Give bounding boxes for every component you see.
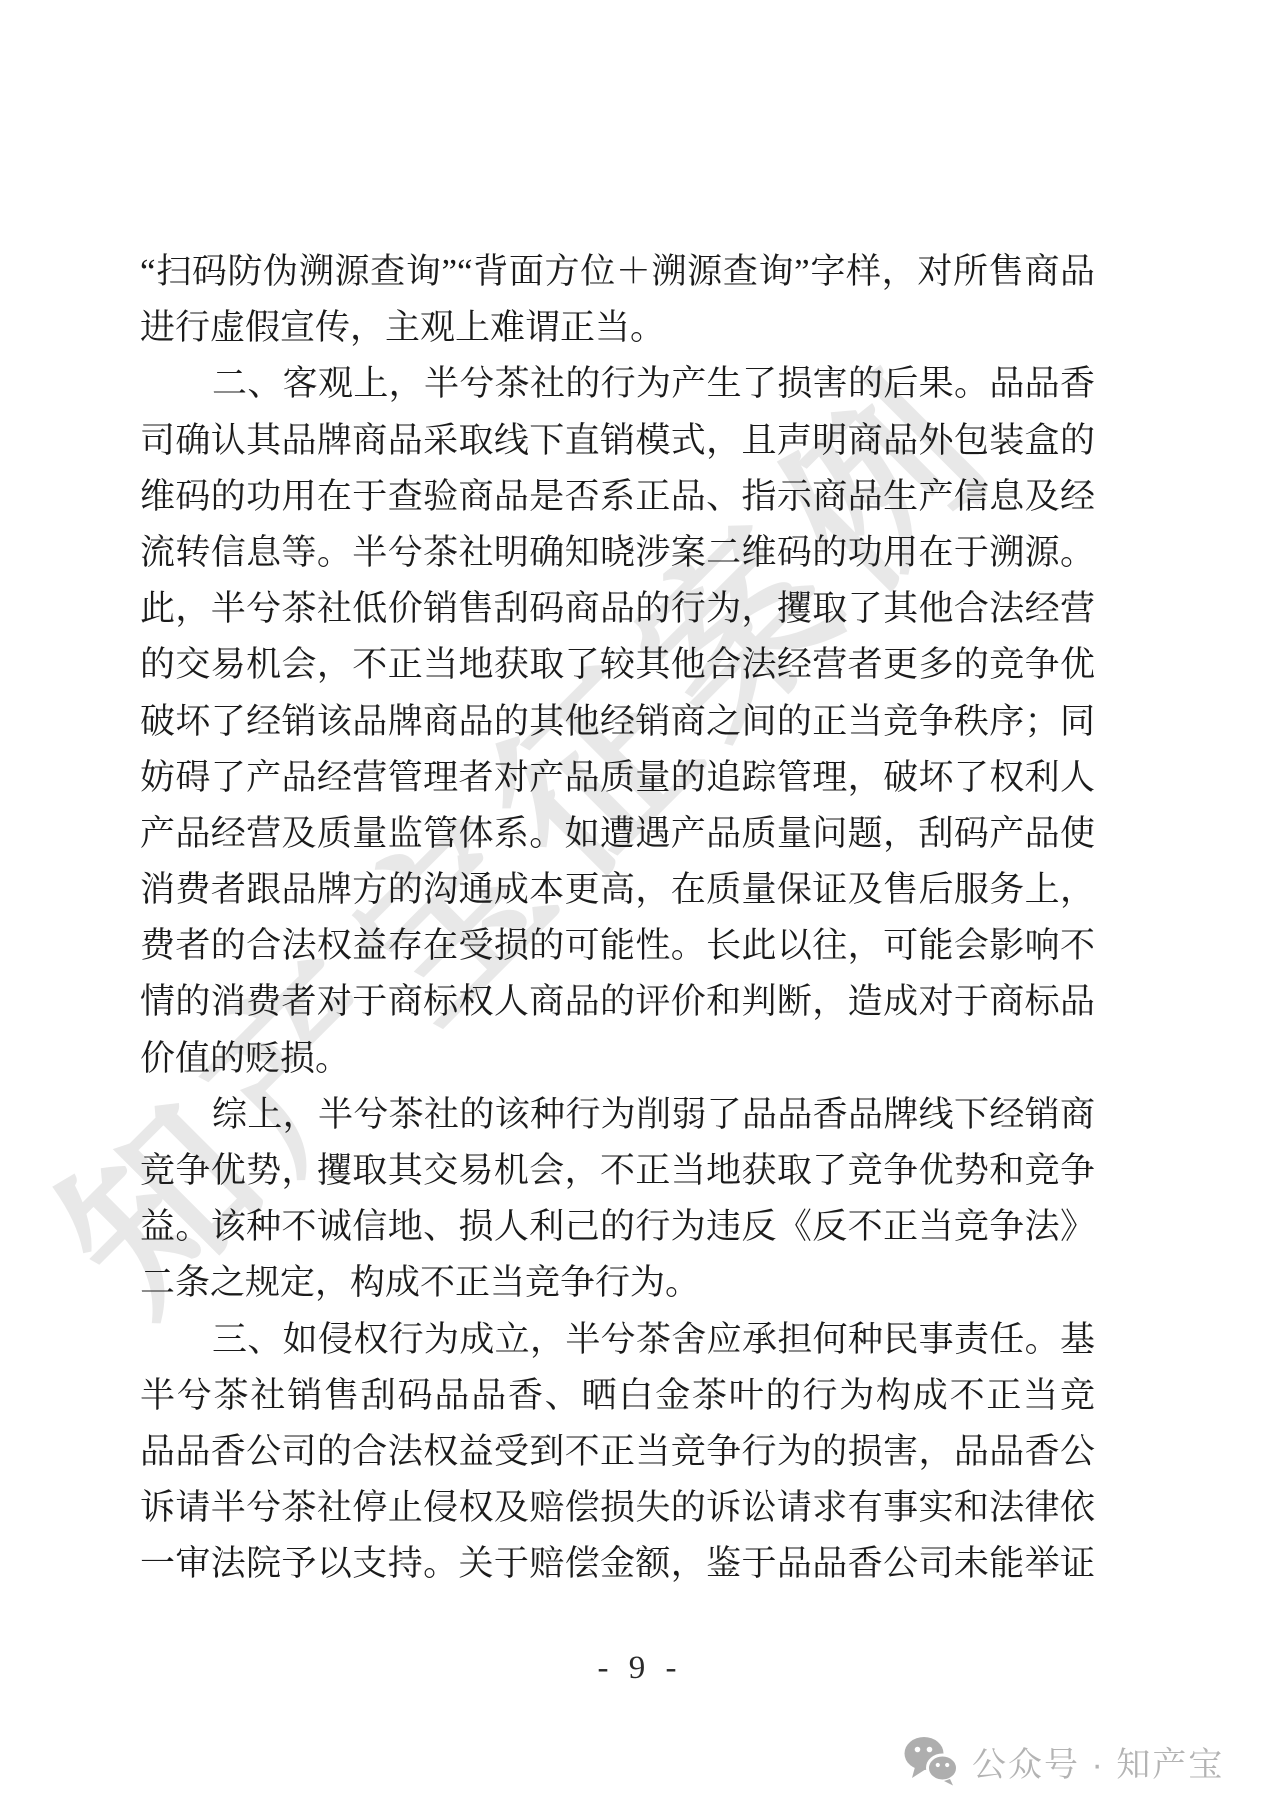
text-line: 情的消费者对于商标权人商品的评价和判断，造成对于商标品牌 bbox=[140, 974, 1095, 1030]
text-line: 三、如侵权行为成立，半兮茶舍应承担何种民事责任。基于 bbox=[140, 1312, 1095, 1368]
text-line: 费者的合法权益存在受损的可能性。长此以往，可能会影响不知 bbox=[140, 918, 1095, 974]
text-line: 的交易机会，不正当地获取了较其他合法经营者更多的竞争优势， bbox=[140, 637, 1095, 693]
text-line: 消费者跟品牌方的沟通成本更高，在质量保证及售后服务上，消 bbox=[140, 862, 1095, 918]
text-line: 综上，半兮茶社的该种行为削弱了品品香品牌线下经销商的 bbox=[140, 1087, 1095, 1143]
text-line: 一审法院予以支持。关于赔偿金额，鉴于品品香公司未能举证证 bbox=[140, 1536, 1095, 1592]
page-number: - 9 - bbox=[0, 1650, 1280, 1687]
text-line: 产品经营及质量监管体系。如遭遇产品质量问题，刮码产品使得 bbox=[140, 806, 1095, 862]
text-line: 妨碍了产品经营管理者对产品质量的追踪管理，破坏了权利人的 bbox=[140, 750, 1095, 806]
text-line: 破坏了经销该品牌商品的其他经销商之间的正当竞争秩序；同时 bbox=[140, 694, 1095, 750]
text-line: 竞争优势，攫取其交易机会，不正当地获取了竞争优势和竞争利 bbox=[140, 1143, 1095, 1199]
text-line: 品品香公司的合法权益受到不正当竞争行为的损害，品品香公司 bbox=[140, 1424, 1095, 1480]
footer-brand-label: 公众号 · 知产宝 bbox=[972, 1737, 1224, 1786]
text-line: 二、客观上，半兮茶社的行为产生了损害的后果。品品香公 bbox=[140, 356, 1095, 412]
text-line: 二条之规定，构成不正当竞争行为。 bbox=[140, 1255, 1095, 1311]
text-line: 此，半兮茶社低价销售刮码商品的行为，攫取了其他合法经营者 bbox=[140, 581, 1095, 637]
document-page: 知产宝征案例 “扫码防伪溯源查询”“背面方位＋溯源查询”字样，对所售商品进行虚假… bbox=[0, 0, 1280, 1810]
footer: 公众号 · 知产宝 bbox=[903, 1736, 1224, 1786]
document-body: “扫码防伪溯源查询”“背面方位＋溯源查询”字样，对所售商品进行虚假宣传，主观上难… bbox=[140, 244, 1095, 1593]
text-line: 诉请半兮茶社停止侵权及赔偿损失的诉讼请求有事实和法律依据， bbox=[140, 1480, 1095, 1536]
text-line: 维码的功用在于查验商品是否系正品、指示商品生产信息及经销 bbox=[140, 469, 1095, 525]
wechat-icon bbox=[903, 1736, 959, 1786]
text-line: 半兮茶社销售刮码品品香、晒白金茶叶的行为构成不正当竞争， bbox=[140, 1368, 1095, 1424]
text-line: 进行虚假宣传，主观上难谓正当。 bbox=[140, 300, 1095, 356]
text-line: “扫码防伪溯源查询”“背面方位＋溯源查询”字样，对所售商品 bbox=[140, 244, 1095, 300]
text-line: 益。该种不诚信地、损人利己的行为违反《反不正当竞争法》第 bbox=[140, 1199, 1095, 1255]
text-line: 价值的贬损。 bbox=[140, 1031, 1095, 1087]
text-line: 流转信息等。半兮茶社明确知晓涉案二维码的功用在于溯源。由 bbox=[140, 525, 1095, 581]
text-line: 司确认其品牌商品采取线下直销模式，且声明商品外包装盒的二 bbox=[140, 413, 1095, 469]
